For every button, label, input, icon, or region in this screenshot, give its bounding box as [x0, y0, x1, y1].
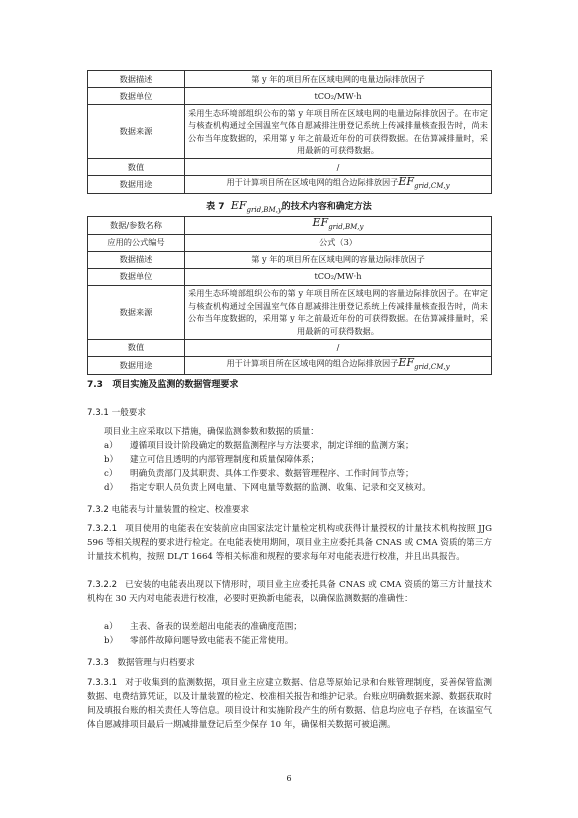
- table-6-continued: 数据描述 第 y 年的项目所在区域电网的电量边际排放因子 数据单位 tCO₂/M…: [87, 70, 492, 194]
- table-row: 数据描述 第 y 年的项目所在区域电网的电量边际排放因子: [88, 71, 492, 88]
- page-number: 6: [0, 774, 578, 783]
- row-value: 第 y 年的项目所在区域电网的电量边际排放因子: [185, 71, 492, 88]
- table-row: 数据描述 第 y 年的项目所在区域电网的容量边际排放因子: [88, 251, 492, 268]
- table-row: 数值 /: [88, 339, 492, 356]
- row-label: 数据来源: [88, 285, 185, 339]
- row-label: 数值: [88, 159, 185, 176]
- table-row: 数据单位 tCO₂/MW·h: [88, 88, 492, 105]
- row-value: 采用生态环境部组织公布的第 y 年项目所在区域电网的容量边际排放因子。在审定与核…: [185, 285, 492, 339]
- paragraph: 7.3.3.1对于收集到的监测数据，项目业主应建立数据、信息等原始记录和台账管理…: [87, 676, 492, 732]
- table-row: 数据/参数名称 EFgrid,BM,y: [88, 217, 492, 235]
- document-page: 数据描述 第 y 年的项目所在区域电网的电量边际排放因子 数据单位 tCO₂/M…: [0, 0, 578, 818]
- formula-symbol: EFgrid,BM,y: [313, 216, 364, 229]
- usage-text: 用于计算项目所在区域电网的组合边际排放因子: [226, 177, 398, 187]
- row-label: 应用的公式编号: [88, 234, 185, 251]
- list-item: b）零部件故障问题导致电能表不能正常使用。: [104, 634, 492, 648]
- requirements-list: a）遵循项目设计阶段确定的数据监测程序与方法要求，制定详细的监测方案； b）建立…: [104, 439, 492, 495]
- table-row: 数据来源 采用生态环境部组织公布的第 y 年项目所在区域电网的电量边际排放因子。…: [88, 105, 492, 159]
- formula-symbol: EFgrid,CM,y: [398, 356, 449, 369]
- table-row: 数据来源 采用生态环境部组织公布的第 y 年项目所在区域电网的容量边际排放因子。…: [88, 285, 492, 339]
- calibration-conditions-list: a）主表、备表的误差超出电能表的准确度范围； b）零部件故障问题导致电能表不能正…: [104, 620, 492, 648]
- paragraph: 项目业主应采取以下措施，确保监测参数和数据的质量：: [87, 425, 492, 439]
- paragraph: 7.3.2.2已安装的电能表出现以下情形时，项目业主应委托具备 CNAS 或 C…: [87, 578, 492, 606]
- table-row: 数据用途 用于计算项目所在区域电网的组合边际排放因子EFgrid,CM,y: [88, 356, 492, 374]
- table-row: 数据用途 用于计算项目所在区域电网的组合边际排放因子EFgrid,CM,y: [88, 176, 492, 194]
- paragraph: 7.3.2.1项目使用的电能表在安装前应由国家法定计量检定机构或获得计量授权的计…: [87, 522, 492, 564]
- section-heading-7-3-2: 7.3.2 电能表与计量装置的检定、校准要求: [87, 503, 249, 515]
- row-value: /: [185, 339, 492, 356]
- row-label: 数据单位: [88, 88, 185, 105]
- section-heading-7-3-1: 7.3.1 一般要求: [87, 406, 146, 418]
- row-value: 采用生态环境部组织公布的第 y 年项目所在区域电网的电量边际排放因子。在市定与核…: [185, 105, 492, 159]
- table-row: 数据单位 tCO₂/MW·h: [88, 268, 492, 285]
- usage-text: 用于计算项目所在区域电网的组合边际排放因子: [226, 358, 398, 368]
- formula-symbol: EFgrid,CM,y: [398, 175, 449, 188]
- row-value: EFgrid,BM,y: [185, 217, 492, 235]
- list-item: d）指定专职人员负责上网电量、下网电量等数据的监测、收集、记录和交叉核对。: [104, 481, 492, 495]
- table-7-caption: 表 7 EFgrid,BM,y的技术内容和确定方法: [0, 199, 578, 214]
- row-label: 数据单位: [88, 268, 185, 285]
- row-label: 数据来源: [88, 105, 185, 159]
- row-label: 数据/参数名称: [88, 217, 185, 235]
- row-value: 用于计算项目所在区域电网的组合边际排放因子EFgrid,CM,y: [185, 176, 492, 194]
- formula-symbol: EFgrid,BM,y: [231, 199, 282, 212]
- row-label: 数据用途: [88, 356, 185, 374]
- list-item: b）建立可信且透明的内部管理制度和质量保障体系；: [104, 453, 492, 467]
- list-item: c）明确负责部门及其职责、具体工作要求、数据管理程序、工作时间节点等；: [104, 467, 492, 481]
- row-value: tCO₂/MW·h: [185, 88, 492, 105]
- row-value: 第 y 年的项目所在区域电网的容量边际排放因子: [185, 251, 492, 268]
- section-heading-7-3-3: 7.3.3 数据管理与归档要求: [87, 656, 195, 668]
- table-7: 数据/参数名称 EFgrid,BM,y 应用的公式编号 公式（3） 数据描述 第…: [87, 216, 492, 375]
- row-value: 公式（3）: [185, 234, 492, 251]
- row-value: /: [185, 159, 492, 176]
- list-item: a）遵循项目设计阶段确定的数据监测程序与方法要求，制定详细的监测方案；: [104, 439, 492, 453]
- table-row: 应用的公式编号 公式（3）: [88, 234, 492, 251]
- row-label: 数据描述: [88, 71, 185, 88]
- row-value: 用于计算项目所在区域电网的组合边际排放因子EFgrid,CM,y: [185, 356, 492, 374]
- table-row: 数值 /: [88, 159, 492, 176]
- list-item: a）主表、备表的误差超出电能表的准确度范围；: [104, 620, 492, 634]
- row-label: 数据描述: [88, 251, 185, 268]
- row-label: 数值: [88, 339, 185, 356]
- section-heading-7-3: 7.3 项目实施及监测的数据管理要求: [87, 377, 238, 390]
- row-value: tCO₂/MW·h: [185, 268, 492, 285]
- row-label: 数据用途: [88, 176, 185, 194]
